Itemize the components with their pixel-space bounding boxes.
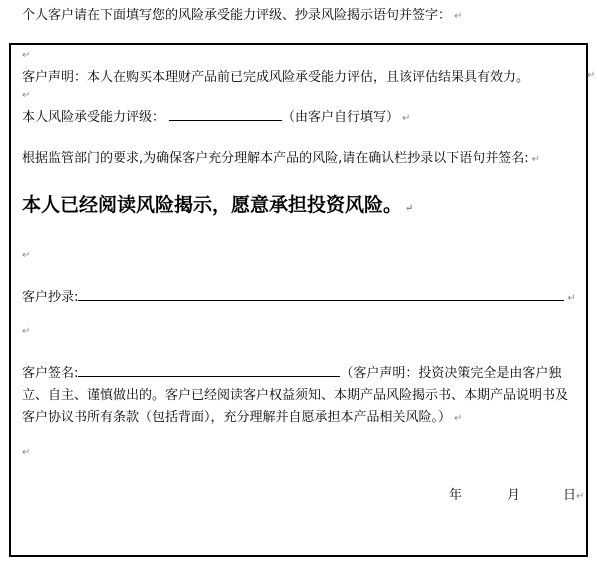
paragraph-mark-icon: ↵ bbox=[22, 250, 30, 261]
transcribe-row: 客户抄录:↵ bbox=[22, 286, 576, 305]
signature-block: 客户签名:（客户声明：投资决策完全是由客户独立、自主、谨慎做出的。客户已经阅读客… bbox=[22, 363, 578, 430]
paragraph-mark-icon: ↵ bbox=[576, 491, 584, 502]
date-month: 月 bbox=[507, 484, 520, 503]
transcribe-label: 客户抄录: bbox=[22, 290, 78, 305]
paragraph-mark-icon: ↵ bbox=[587, 70, 595, 81]
paragraph-mark-icon: ↵ bbox=[22, 326, 30, 337]
regulatory-instruction: 根据监管部门的要求,为确保客户充分理解本产品的风险,请在确认栏抄录以下语句并签名… bbox=[22, 147, 540, 166]
paragraph-mark-icon: ↵ bbox=[22, 50, 30, 61]
transcribe-input[interactable] bbox=[78, 287, 564, 301]
paragraph-mark-icon: ↵ bbox=[402, 113, 410, 124]
risk-rating-input[interactable] bbox=[169, 107, 282, 121]
intro-text: 个人客户请在下面填写您的风险承受能力评级、抄录风险揭示语句并签字：↵ bbox=[22, 4, 462, 23]
paragraph-mark-icon: ↵ bbox=[454, 11, 462, 22]
signature-input[interactable] bbox=[78, 363, 340, 377]
paragraph-mark-icon: ↵ bbox=[454, 413, 462, 424]
risk-rating-row: 本人风险承受能力评级：（由客户自行填写）↵ bbox=[22, 106, 410, 125]
customer-statement: 客户声明：本人在购买本理财产品前已完成风险承受能力评估，且该评估结果具有效力。 bbox=[22, 66, 529, 85]
paragraph-mark-icon: ↵ bbox=[567, 293, 575, 304]
risk-rating-note: （由客户自行填写） bbox=[282, 110, 399, 125]
risk-rating-label: 本人风险承受能力评级： bbox=[22, 110, 165, 125]
paragraph-mark-icon: ↵ bbox=[22, 90, 30, 101]
signature-label: 客户签名: bbox=[22, 366, 78, 381]
date-year: 年 bbox=[449, 484, 462, 503]
paragraph-mark-icon: ↵ bbox=[22, 447, 30, 458]
date-day: 日↵ bbox=[563, 484, 584, 503]
paragraph-mark-icon: ↵ bbox=[405, 203, 413, 214]
risk-pledge-sentence: 本人已经阅读风险揭示，愿意承担投资风险。↵ bbox=[22, 190, 413, 217]
paragraph-mark-icon: ↵ bbox=[532, 154, 540, 165]
